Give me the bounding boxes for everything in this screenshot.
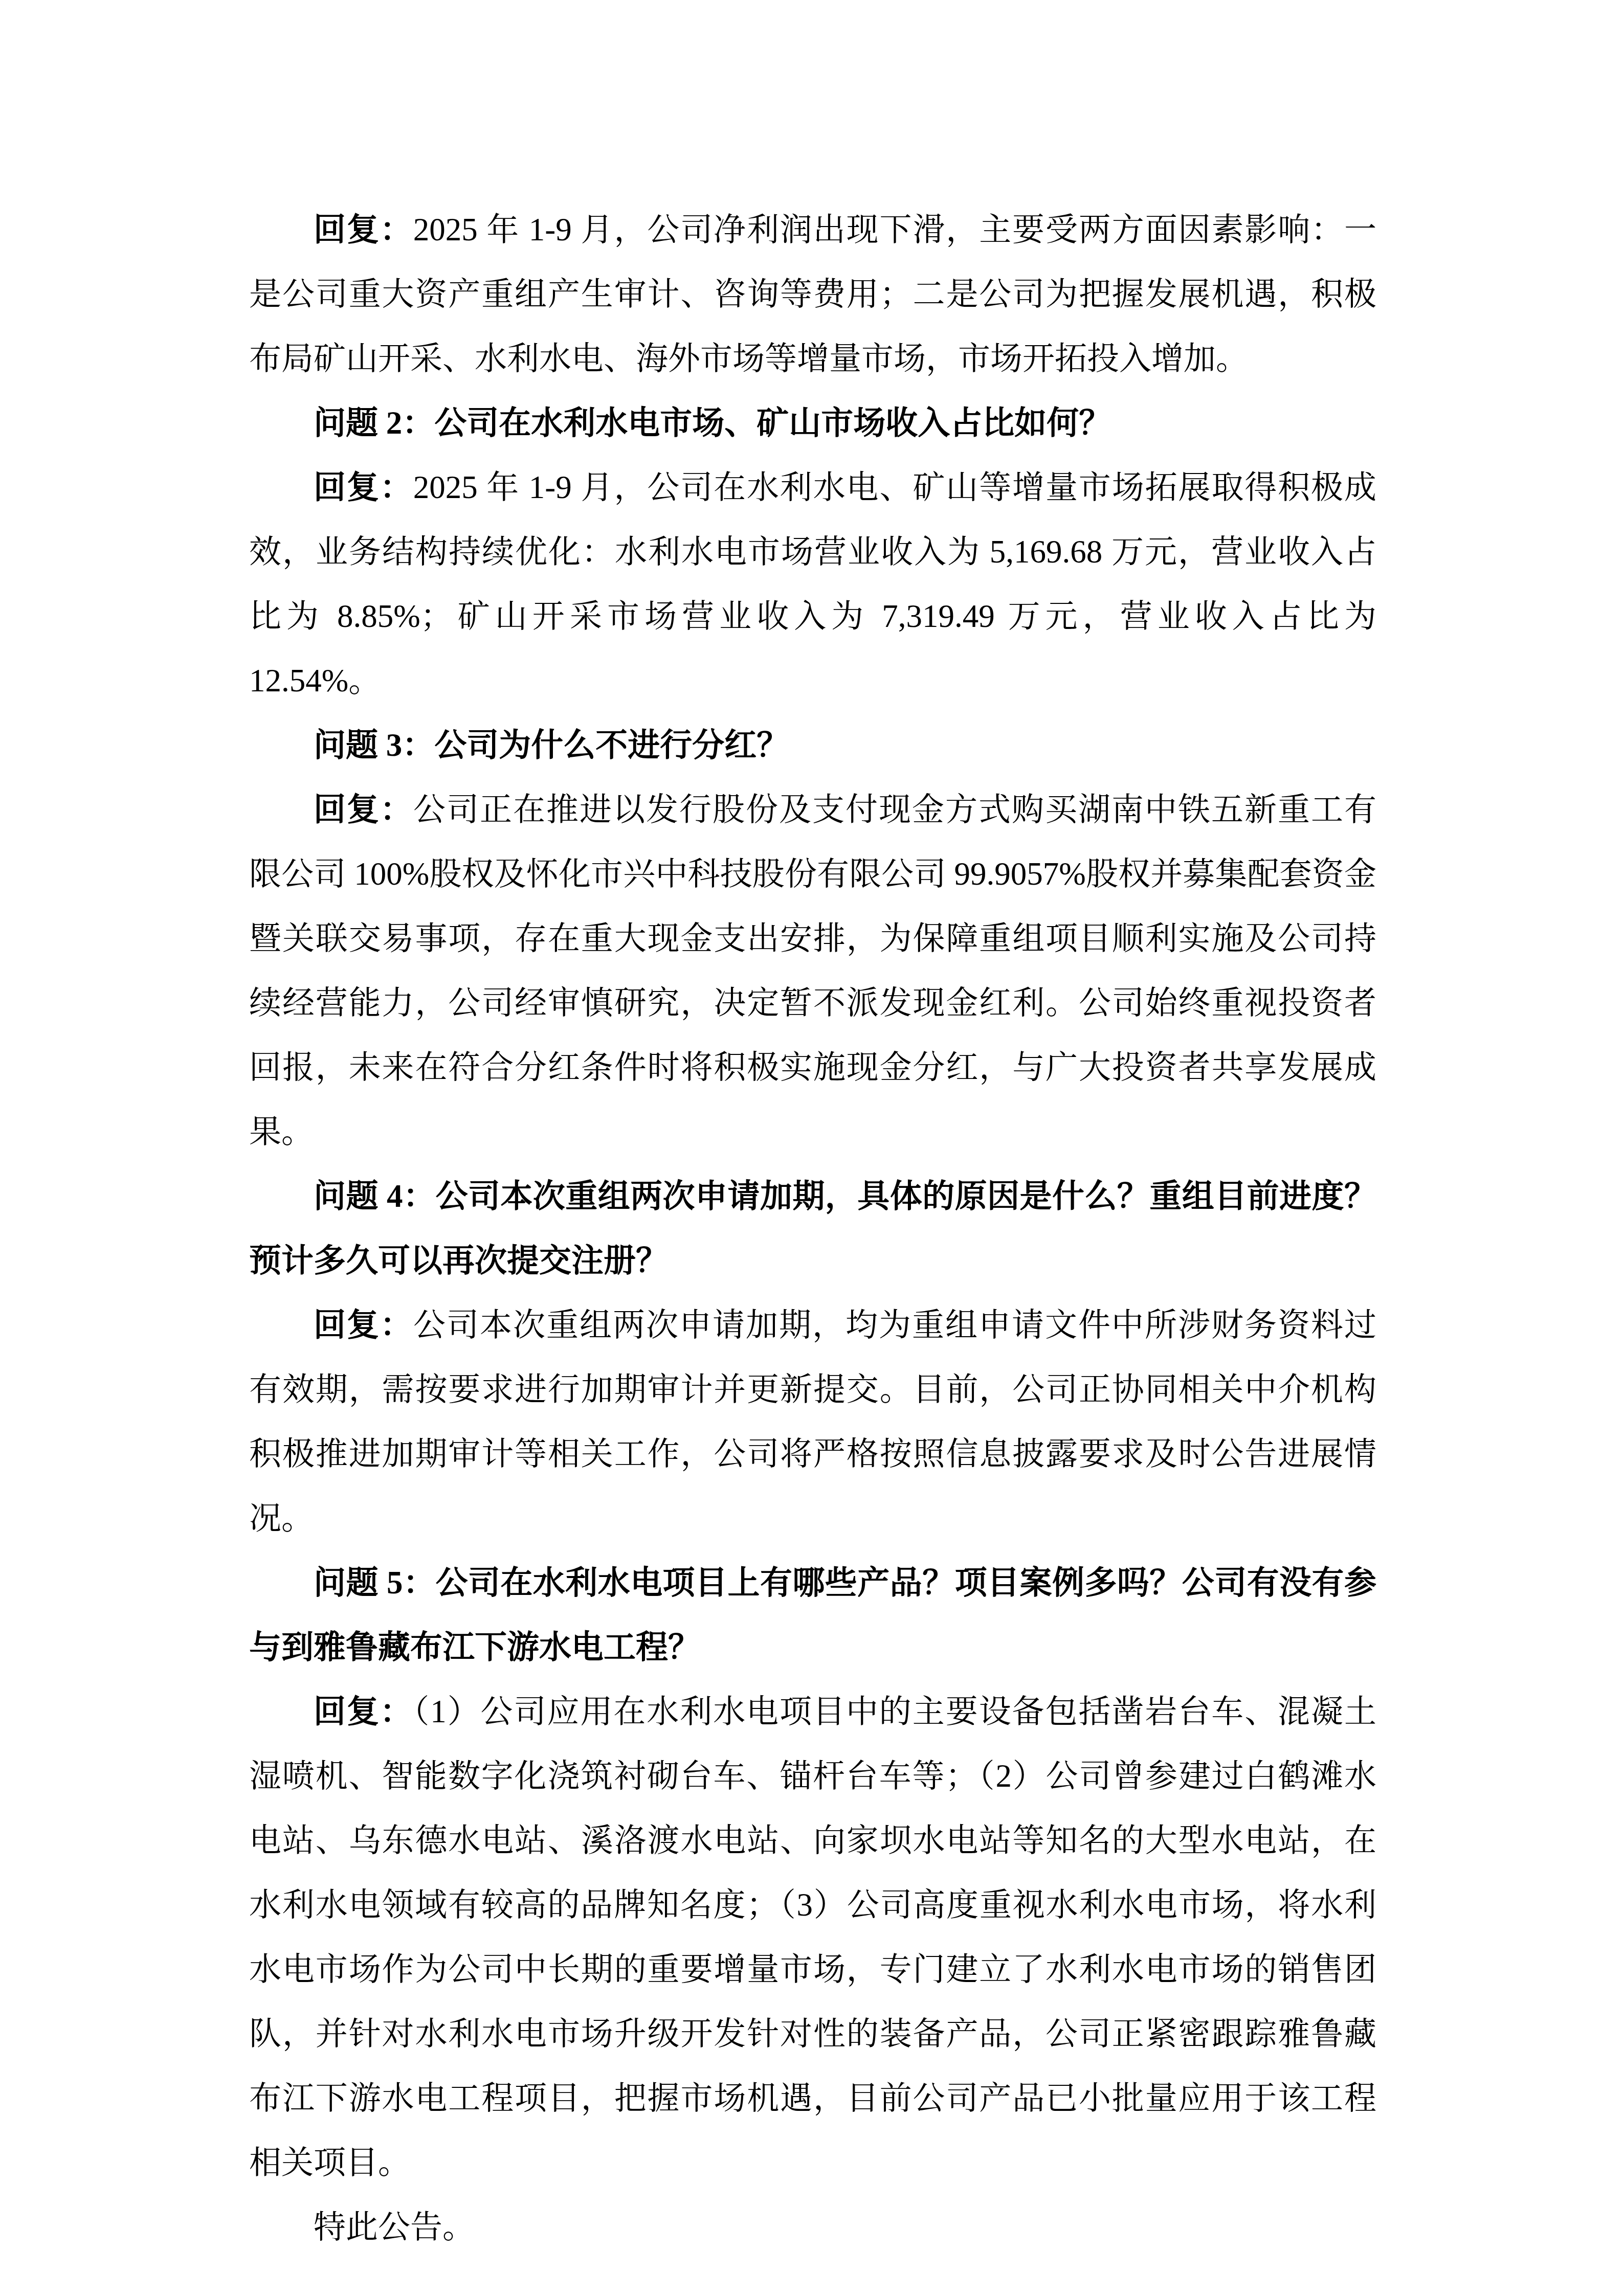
closing-text: 特此公告。	[314, 2209, 475, 2245]
reply-text: 2025 年 1-9 月，公司净利润出现下滑，主要受两方面因素影响：一是公司重大…	[249, 212, 1376, 376]
reply-paragraph-4: 回复：公司本次重组两次申请加期，均为重组申请文件中所涉财务资料过有效期，需按要求…	[249, 1293, 1376, 1550]
reply-label: 回复：	[314, 792, 413, 827]
reply-text: （1）公司应用在水利水电项目中的主要设备包括凿岩台车、混凝土湿喷机、智能数字化浇…	[249, 1694, 1376, 2180]
reply-text: 公司本次重组两次申请加期，均为重组申请文件中所涉财务资料过有效期，需按要求进行加…	[249, 1307, 1376, 1536]
reply-paragraph-1: 回复：2025 年 1-9 月，公司净利润出现下滑，主要受两方面因素影响：一是公…	[249, 197, 1376, 391]
question-text: 问题 4：公司本次重组两次申请加期，具体的原因是什么？重组目前进度？预计多久可以…	[249, 1178, 1376, 1278]
reply-label: 回复：	[314, 212, 413, 247]
reply-paragraph-2: 回复：2025 年 1-9 月，公司在水利水电、矿山等增量市场拓展取得积极成效，…	[249, 455, 1376, 713]
question-3-heading: 问题 3：公司为什么不进行分红？	[249, 713, 1376, 777]
document-body: 回复：2025 年 1-9 月，公司净利润出现下滑，主要受两方面因素影响：一是公…	[249, 197, 1376, 2259]
question-2-heading: 问题 2：公司在水利水电市场、矿山市场收入占比如何？	[249, 391, 1376, 455]
reply-label: 回复：	[314, 1694, 413, 1729]
question-text: 问题 5：公司在水利水电项目上有哪些产品？项目案例多吗？公司有没有参与到雅鲁藏布…	[249, 1565, 1376, 1665]
reply-text: 公司正在推进以发行股份及支付现金方式购买湖南中铁五新重工有限公司 100%股权及…	[249, 792, 1376, 1150]
document-page: 回复：2025 年 1-9 月，公司净利润出现下滑，主要受两方面因素影响：一是公…	[0, 0, 1624, 2296]
reply-paragraph-5: 回复：（1）公司应用在水利水电项目中的主要设备包括凿岩台车、混凝土湿喷机、智能数…	[249, 1679, 1376, 2195]
reply-text: 2025 年 1-9 月，公司在水利水电、矿山等增量市场拓展取得积极成效，业务结…	[249, 469, 1376, 699]
reply-label: 回复：	[314, 1307, 413, 1343]
question-5-heading: 问题 5：公司在水利水电项目上有哪些产品？项目案例多吗？公司有没有参与到雅鲁藏布…	[249, 1550, 1376, 1679]
question-text: 问题 3：公司为什么不进行分红？	[314, 727, 789, 763]
closing-statement: 特此公告。	[249, 2195, 1376, 2259]
question-text: 问题 2：公司在水利水电市场、矿山市场收入占比如何？	[314, 405, 1111, 441]
reply-label: 回复：	[314, 469, 413, 505]
reply-paragraph-3: 回复：公司正在推进以发行股份及支付现金方式购买湖南中铁五新重工有限公司 100%…	[249, 777, 1376, 1164]
question-4-heading: 问题 4：公司本次重组两次申请加期，具体的原因是什么？重组目前进度？预计多久可以…	[249, 1164, 1376, 1293]
